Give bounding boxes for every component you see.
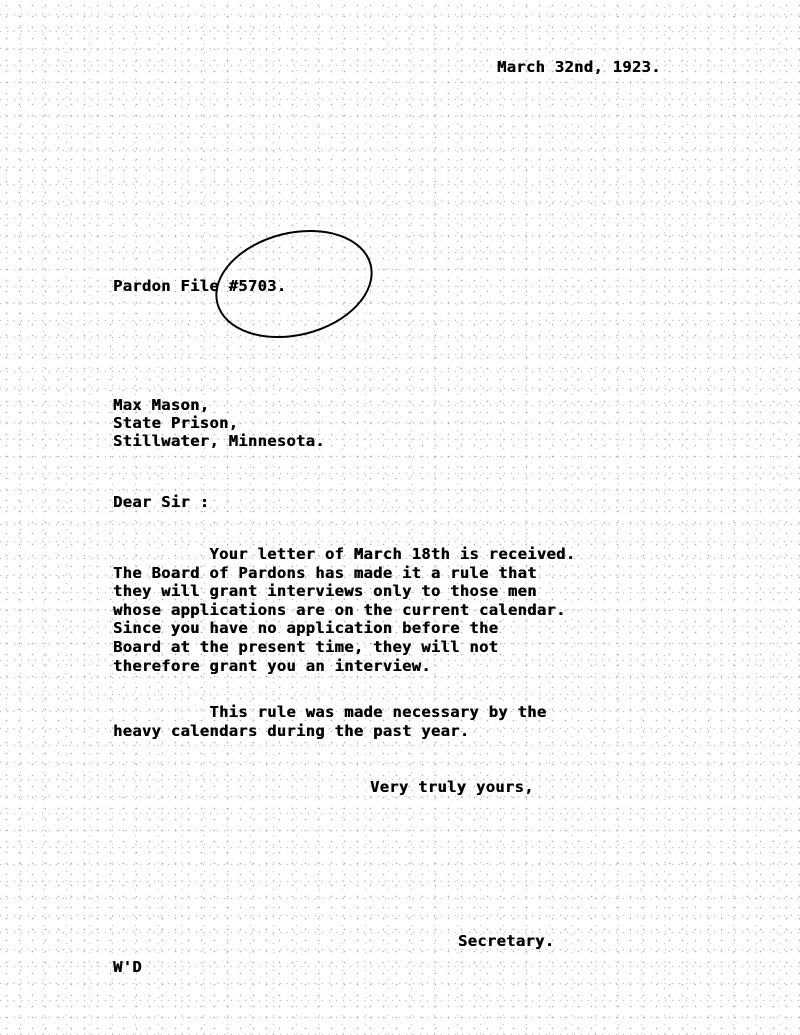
salutation: Dear Sir : [113,493,209,511]
pardon-file-reference: Pardon File #5703. [113,277,286,295]
signature-title: Secretary. [458,932,554,950]
recipient-name: Max Mason, [113,396,209,414]
paper-noise [0,0,800,1035]
recipient-location: Stillwater, Minnesota. [113,432,325,450]
body-paragraph-1: Your letter of March 18th is received. T… [113,545,575,675]
recipient-institution: State Prison, [113,414,238,432]
typist-initials: W'D [113,958,142,976]
complimentary-closing: Very truly yours, [370,778,534,796]
body-paragraph-2: This rule was made necessary by the heav… [113,703,546,740]
letter-date: March 32nd, 1923. [497,58,661,76]
